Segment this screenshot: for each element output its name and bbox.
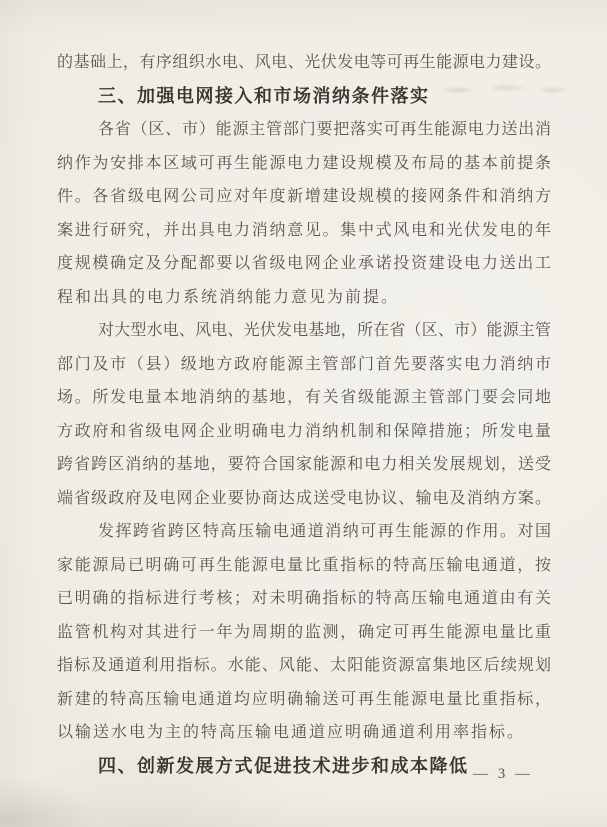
text-line: 已明确的指标进行考核；对未明确指标的特高压输电通道由有关 bbox=[57, 582, 551, 616]
text-line: 场。所发电量本地消纳的基地，有关省级能源主管部门要会同地 bbox=[57, 381, 551, 415]
text-line: 跨省跨区消纳的基地，要符合国家能源和电力相关发展规划，送受 bbox=[57, 448, 551, 482]
document-text-block: 的基础上，有序组织水电、风电、光伏发电等可再生能源电力建设。三、加强电网接入和市… bbox=[57, 46, 551, 783]
page-number: — 3 — bbox=[468, 763, 538, 785]
scanned-page: 的基础上，有序组织水电、风电、光伏发电等可再生能源电力建设。三、加强电网接入和市… bbox=[0, 0, 607, 827]
text-line: 指标及通道利用指标。水能、风能、太阳能资源富集地区后续规划 bbox=[57, 649, 551, 683]
text-line: 的基础上，有序组织水电、风电、光伏发电等可再生能源电力建设。 bbox=[57, 46, 551, 80]
text-line: 以输送水电为主的特高压输电通道应明确通道利用率指标。 bbox=[57, 716, 551, 750]
text-line: 对大型水电、风电、光伏发电基地，所在省（区、市）能源主管 bbox=[57, 314, 551, 348]
text-line: 家能源局已明确可再生能源电量比重指标的特高压输电通道，按 bbox=[57, 549, 551, 583]
text-line: 各省（区、市）能源主管部门要把落实可再生能源电力送出消 bbox=[57, 113, 551, 147]
text-line: 新建的特高压输电通道均应明确输送可再生能源电量比重指标， bbox=[57, 683, 551, 717]
text-line: 度规模确定及分配都要以省级电网企业承诺投资建设电力送出工 bbox=[57, 247, 551, 281]
text-line: 纳作为安排本区域可再生能源电力建设规模及布局的基本前提条 bbox=[57, 147, 551, 181]
section-heading: 三、加强电网接入和市场消纳条件落实 bbox=[57, 80, 551, 114]
text-line: 方政府和省级电网企业明确电力消纳机制和保障措施；所发电量 bbox=[57, 415, 551, 449]
text-line: 发挥跨省跨区特高压输电通道消纳可再生能源的作用。对国 bbox=[57, 515, 551, 549]
text-line: 监管机构对其进行一年为周期的监测，确定可再生能源电量比重 bbox=[57, 616, 551, 650]
text-line: 端省级政府及电网企业要协商达成送受电协议、输电及消纳方案。 bbox=[57, 482, 551, 516]
text-line: 程和出具的电力系统消纳能力意见为前提。 bbox=[57, 281, 551, 315]
text-line: 案进行研究，并出具电力消纳意见。集中式风电和光伏发电的年 bbox=[57, 214, 551, 248]
text-line: 部门及市（县）级地方政府能源主管部门首先要落实电力消纳市 bbox=[57, 348, 551, 382]
text-line: 件。各省级电网公司应对年度新增建设规模的接网条件和消纳方 bbox=[57, 180, 551, 214]
